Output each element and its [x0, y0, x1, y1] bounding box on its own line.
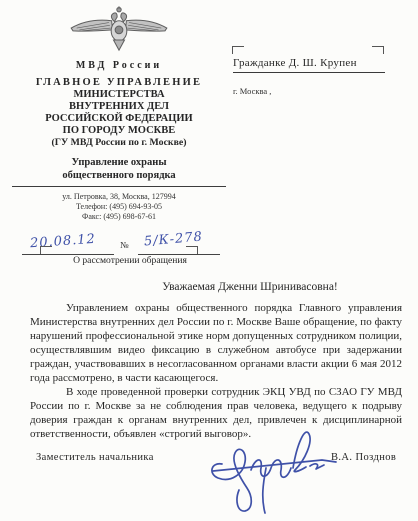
addressee-block: Гражданке Д. Ш. Крупен г. Москва ,: [233, 57, 399, 96]
addressee-city: г. Москва ,: [233, 86, 399, 96]
address-line: Факс: (495) 698-67-61: [12, 212, 226, 222]
org-name-line: (ГУ МВД России по г. Москве): [12, 137, 226, 149]
signer-position-title: Заместитель начальника: [36, 452, 154, 463]
org-name-line: ВНУТРЕННИХ ДЕЛ: [12, 101, 226, 113]
org-name-line: РОССИЙСКОЙ ФЕДЕРАЦИИ: [12, 113, 226, 125]
letterhead-rule: [12, 186, 226, 187]
handwritten-signature-icon: [206, 422, 348, 518]
number-label: №: [120, 240, 129, 250]
subject-corner-bracket-right: [186, 246, 198, 254]
salutation: Уважаемая Дженни Шринивасовна!: [80, 281, 418, 293]
subject-corner-bracket-left: [40, 246, 52, 254]
org-name-line: ПО ГОРОДУ МОСКВЕ: [12, 125, 226, 137]
body-paragraph-1: Управлением охраны общественного порядка…: [30, 301, 402, 385]
org-name: ГЛАВНОЕ УПРАВЛЕНИЕ МИНИСТЕРСТВА ВНУТРЕНН…: [12, 77, 226, 149]
addressee-corner-bracket-right: [372, 46, 384, 54]
division-name-line: общественного порядка: [12, 169, 226, 182]
org-name-line: МИНИСТЕРСТВА: [12, 89, 226, 101]
mvd-eagle-emblem-icon: [67, 6, 171, 52]
org-name-line: ГЛАВНОЕ УПРАВЛЕНИЕ: [12, 77, 226, 89]
address-block: ул. Петровка, 38, Москва, 127994 Телефон…: [12, 192, 226, 222]
letter-body: Управлением охраны общественного порядка…: [30, 301, 402, 441]
division-name-line: Управление охраны: [12, 156, 226, 169]
ministry-name: МВД России: [12, 60, 226, 71]
addressee-corner-bracket-left: [232, 46, 244, 54]
scanned-letter-page: МВД России ГЛАВНОЕ УПРАВЛЕНИЕ МИНИСТЕРСТ…: [0, 0, 418, 521]
address-line: ул. Петровка, 38, Москва, 127994: [12, 192, 226, 202]
address-line: Телефон: (495) 694-93-05: [12, 202, 226, 212]
division-name: Управление охраны общественного порядка: [12, 156, 226, 182]
letterhead: МВД России ГЛАВНОЕ УПРАВЛЕНИЕ МИНИСТЕРСТ…: [12, 6, 226, 260]
addressee-name: Гражданке Д. Ш. Крупен: [233, 57, 385, 73]
subject-line: О рассмотрении обращения: [55, 255, 205, 266]
